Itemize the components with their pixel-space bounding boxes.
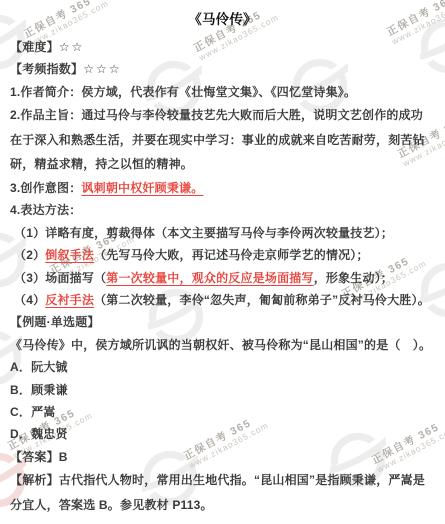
method-item-4: （4）反衬手法（第二次较量，李伶“忽失声，匍匐前称弟子”反衬马伶大胜）。 (10, 289, 435, 311)
page-title: 《马伶传》 (10, 10, 435, 30)
answer-line: 【答案】B (10, 446, 435, 468)
question-text: 《马伶传》中，侯方域所讥讽的当朝权奸、被马伶称为“昆山相国”的是（ ）。 (10, 334, 435, 356)
method-2-prefix: （2） (14, 248, 45, 262)
method-4-highlight: 反衬手法 (45, 293, 94, 307)
analysis-paragraph: 【解析】古代指代人物时，常用出生地代指。“昆山相国”是指顾秉谦，严嵩是分宜人，答… (10, 468, 435, 517)
lesson-notes: 《马伶传》 【难度】☆☆ 【考频指数】☆☆☆ 1.作者简介：侯方域，代表作有《壮… (0, 0, 445, 517)
creative-intent-line: 3.创作意图：讽刺朝中权奸顾秉谦。 (10, 177, 435, 199)
difficulty-line: 【难度】☆☆ (10, 36, 435, 58)
option-b: B．顾秉谦 (10, 379, 435, 401)
method-item-2: （2）倒叙手法（先写马伶大败，再记述马伶走京师学艺的情况）； (10, 244, 435, 266)
method-2-rest: （先写马伶大败，再记述马伶走京师学艺的情况）； (94, 248, 369, 262)
difficulty-stars: ☆☆ (59, 40, 85, 54)
option-d: D．魏忠贤 (10, 423, 435, 445)
option-c: C．严嵩 (10, 401, 435, 423)
methods-heading: 4.表达方法： (10, 199, 435, 221)
author-intro: 1.作者简介：侯方域，代表作有《壮悔堂文集》、《四忆堂诗集》。 (10, 81, 435, 103)
intent-highlight: 讽刺朝中权奸顾秉谦。 (81, 181, 203, 195)
method-item-1: （1）详略有度，剪裁得体（本文主要描写马伶与李伶两次较量技艺）； (10, 222, 435, 244)
difficulty-label: 【难度】 (10, 40, 59, 54)
intent-label: 3.创作意图： (10, 181, 81, 195)
frequency-stars: ☆☆☆ (83, 62, 121, 76)
method-2-highlight: 倒叙手法 (45, 248, 94, 262)
method-4-rest: （第二次较量，李伶“忽失声，匍匐前称弟子”反衬马伶大胜）。 (94, 293, 430, 307)
example-header: 【例题·单选题】 (10, 311, 435, 333)
method-item-3: （3）场面描写（第一次较量中，观众的反应是场面描写，形象生动）； (10, 267, 435, 289)
method-3-highlight: 第一次较量中，观众的反应是场面描写 (106, 271, 313, 285)
option-a: A．阮大铖 (10, 356, 435, 378)
frequency-label: 【考频指数】 (10, 62, 83, 76)
method-4-prefix: （4） (14, 293, 45, 307)
frequency-line: 【考频指数】☆☆☆ (10, 58, 435, 80)
method-3-prefix: （3）场面描写（ (14, 271, 106, 285)
theme-paragraph: 2.作品主旨：通过马伶与李伶较量技艺先大败而后大胜，说明文艺创作的成功在于深入和… (10, 103, 435, 177)
method-3-rest: ，形象生动）； (314, 271, 393, 285)
document-page: 正保自考 365www.zikao365.com 正保自考 365www.zik… (0, 0, 445, 524)
